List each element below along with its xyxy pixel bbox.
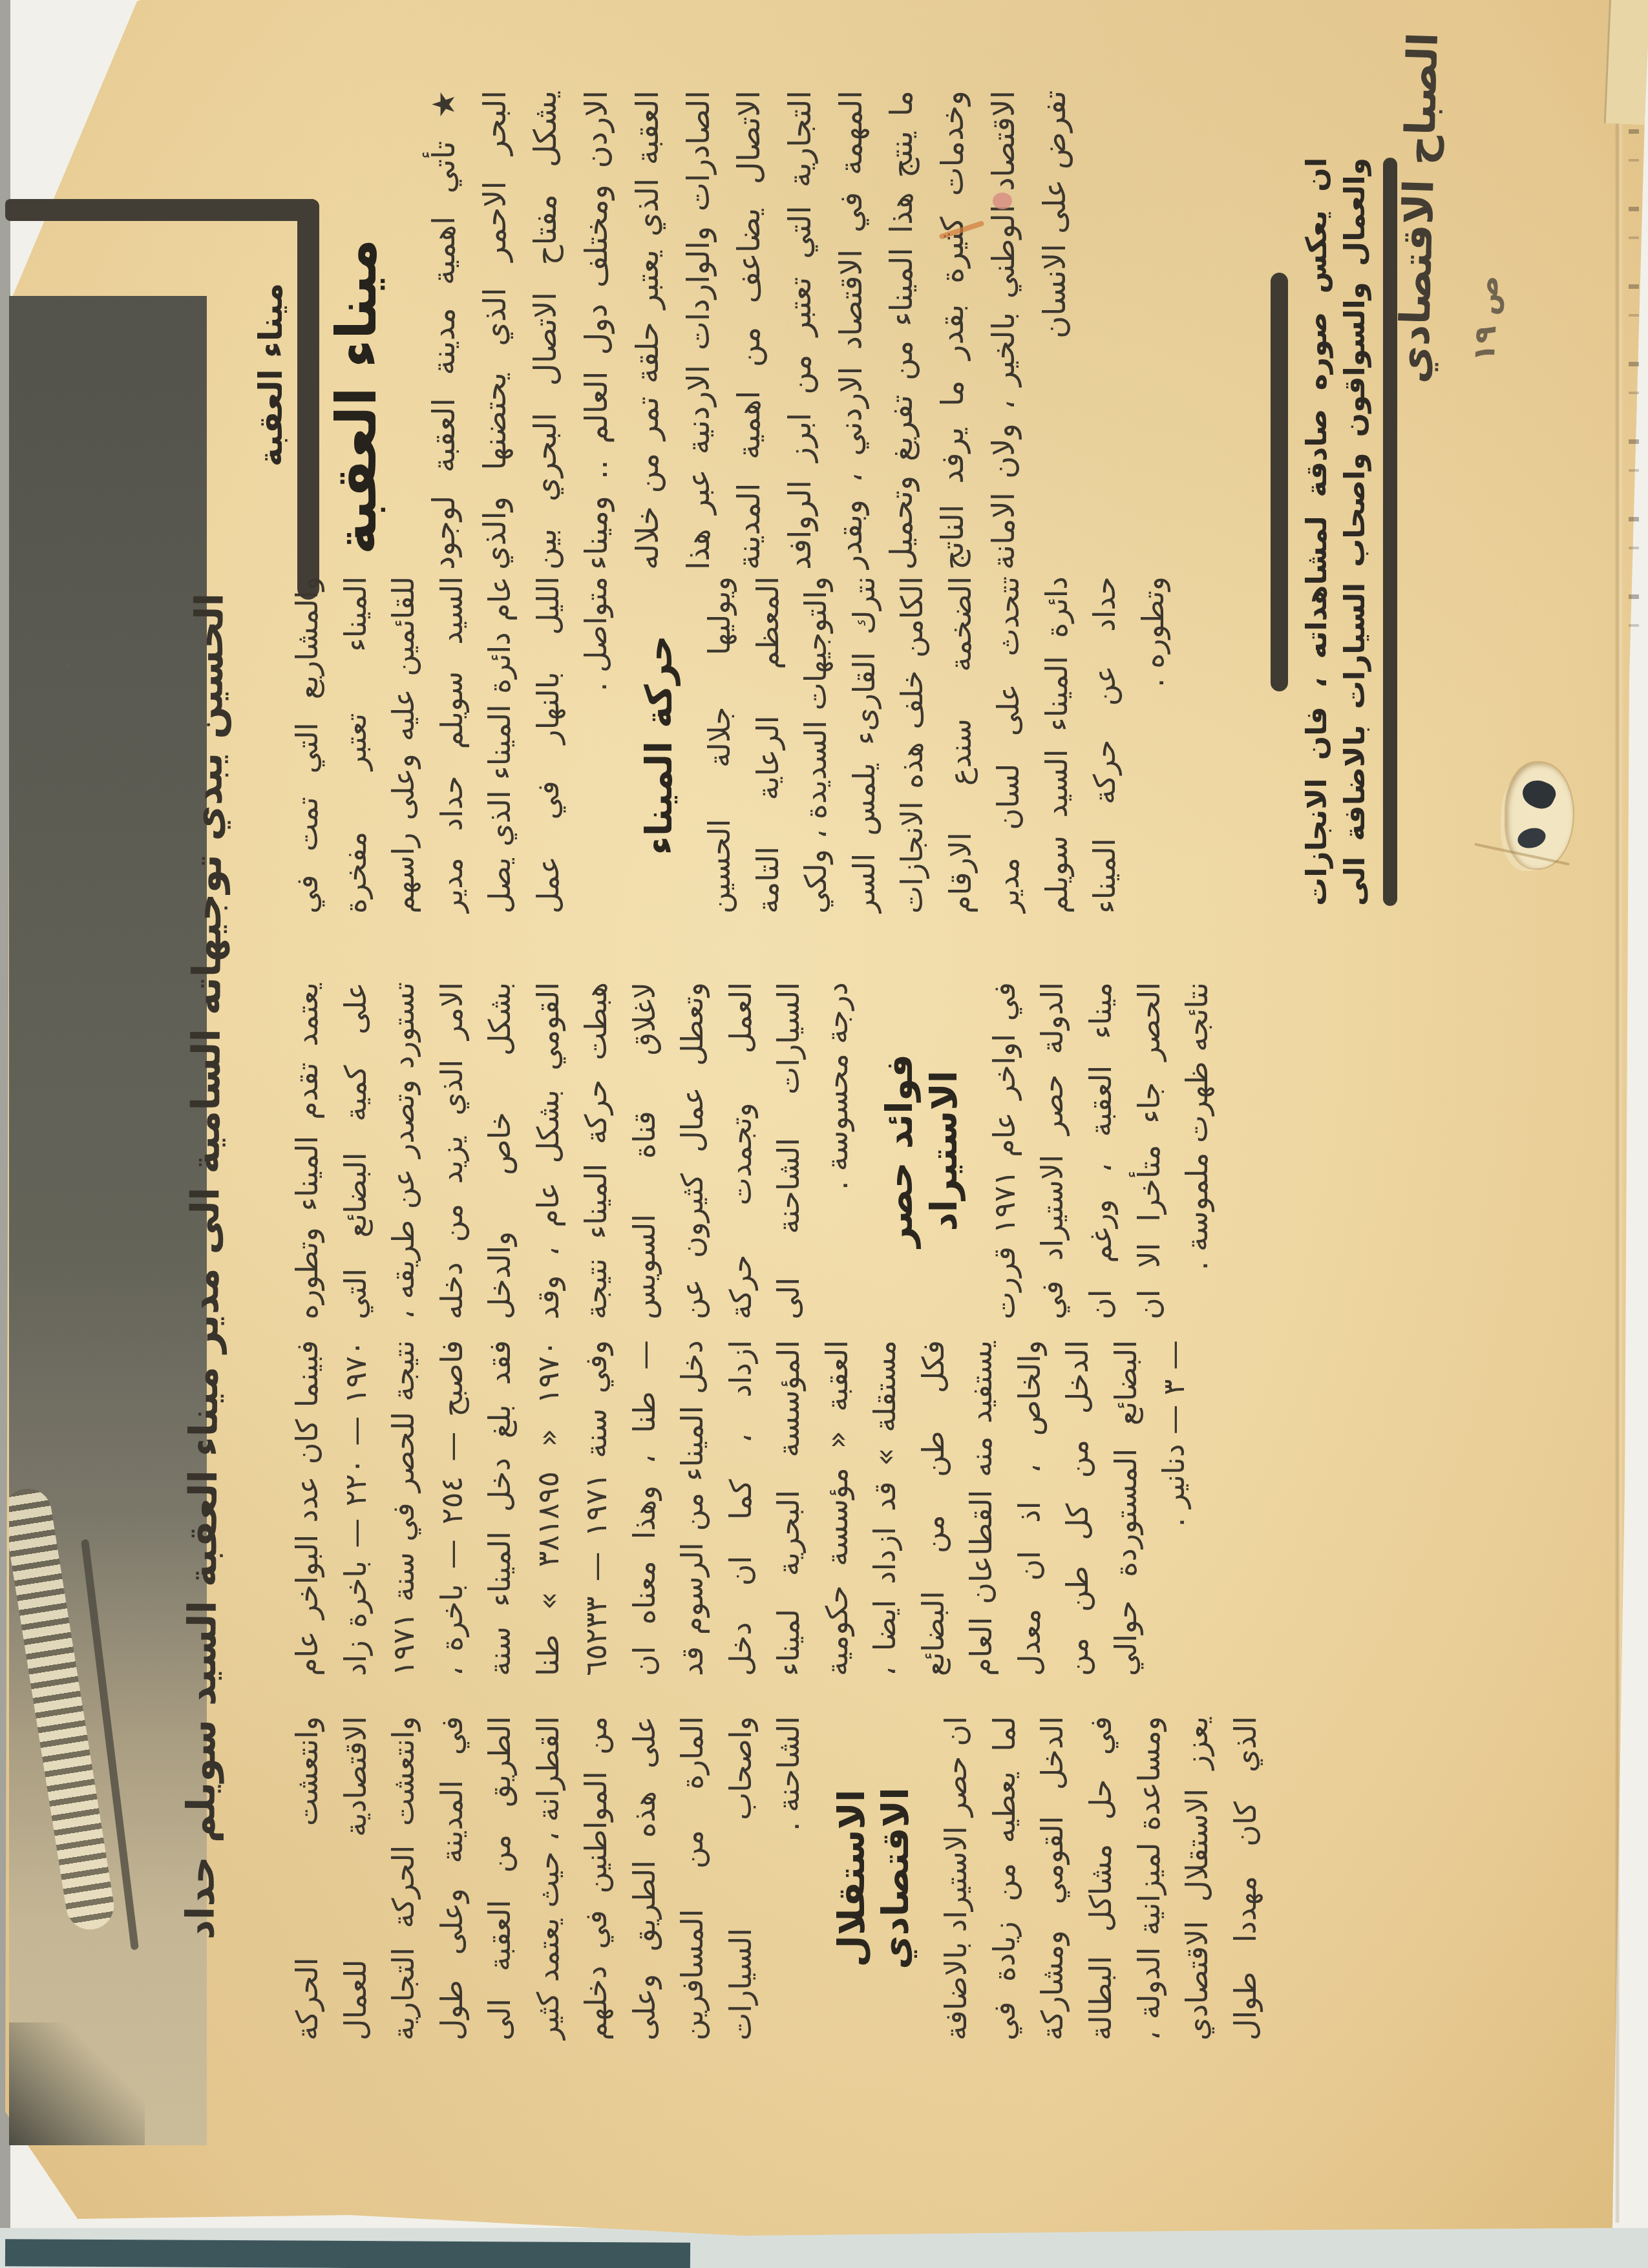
intro-column: ★ تأتي اهمية مدينة العقبة لوجود البحر ال… bbox=[419, 90, 1264, 570]
article-headline: ميناء العقبة bbox=[324, 209, 389, 584]
photo-dark-area bbox=[9, 2022, 145, 2145]
article-rubric: ميناء العقبة bbox=[252, 220, 290, 530]
footer-bold-note: ان يعكس صوره صادقة لمشاهداته ، فان الانج… bbox=[1298, 158, 1377, 906]
port-photo bbox=[9, 296, 207, 2145]
column-5: وانتعشت الحركة الاقتصادية للعمال وانتعشت… bbox=[283, 1716, 1265, 2041]
scanned-newspaper-page: الحسين يبدي توجيهاته السامية الى مدير مي… bbox=[0, 0, 1648, 2268]
column-5-text-bottom: ان حصر الاستيراد بالاضافة لما يعطيه من ز… bbox=[932, 1716, 1265, 2041]
handwritten-headline: الحسين يبدي توجيهاته السامية الى مدير مي… bbox=[180, 593, 264, 1654]
divider-rule-top bbox=[1271, 273, 1288, 691]
newspaper-content-rotated: الحسين يبدي توجيهاته السامية الى مدير مي… bbox=[0, 0, 1648, 2268]
paper-corner-fold bbox=[1604, 0, 1648, 125]
paper-stain-spot bbox=[993, 193, 1012, 209]
handwritten-masthead: الصباح الاقتصادي bbox=[1389, 32, 1448, 408]
column-2-text-top: والمشاريع التي تمت في الميناء تعتبر مفخر… bbox=[283, 576, 620, 914]
column-3-text-bottom: في اواخر عام ١٩٧١ قررت الدولة حصر الاستي… bbox=[980, 982, 1221, 1319]
headline-rule bbox=[297, 199, 319, 600]
photo-frame-rule-vertical bbox=[5, 199, 319, 221]
paper-crease bbox=[1614, 39, 1623, 2223]
column-5-text-top: وانتعشت الحركة الاقتصادية للعمال وانتعشت… bbox=[283, 1716, 813, 2041]
section-heading-port-movement: حركة الميناء bbox=[637, 576, 681, 914]
column-4-text-top: فبينما كان عدد البواخر عام ١٩٧٠ — ٢٢٠ — … bbox=[283, 1340, 1198, 1676]
column-2-text-bottom: ويوليها جلالة الحسين المعظم الرعاية التا… bbox=[695, 576, 1177, 914]
column-2: والمشاريع التي تمت في الميناء تعتبر مفخر… bbox=[283, 576, 1265, 914]
handwritten-page-mark: ص ١٩ bbox=[1466, 275, 1506, 363]
section-heading-economic-independence: الاستقلال الاقتصادي bbox=[830, 1716, 918, 2041]
paper-edge-print-marks bbox=[1629, 52, 1639, 672]
column-3: يعتمد تقدم الميناء وتطوره على كمية البضا… bbox=[283, 982, 1265, 1319]
column-4: فبينما كان عدد البواخر عام ١٩٧٠ — ٢٢٠ — … bbox=[283, 1340, 1265, 1676]
column-3-text-top: يعتمد تقدم الميناء وتطوره على كمية البضا… bbox=[283, 982, 861, 1319]
section-heading-import-restriction: فوائد حصر الاستيراد bbox=[878, 982, 966, 1319]
